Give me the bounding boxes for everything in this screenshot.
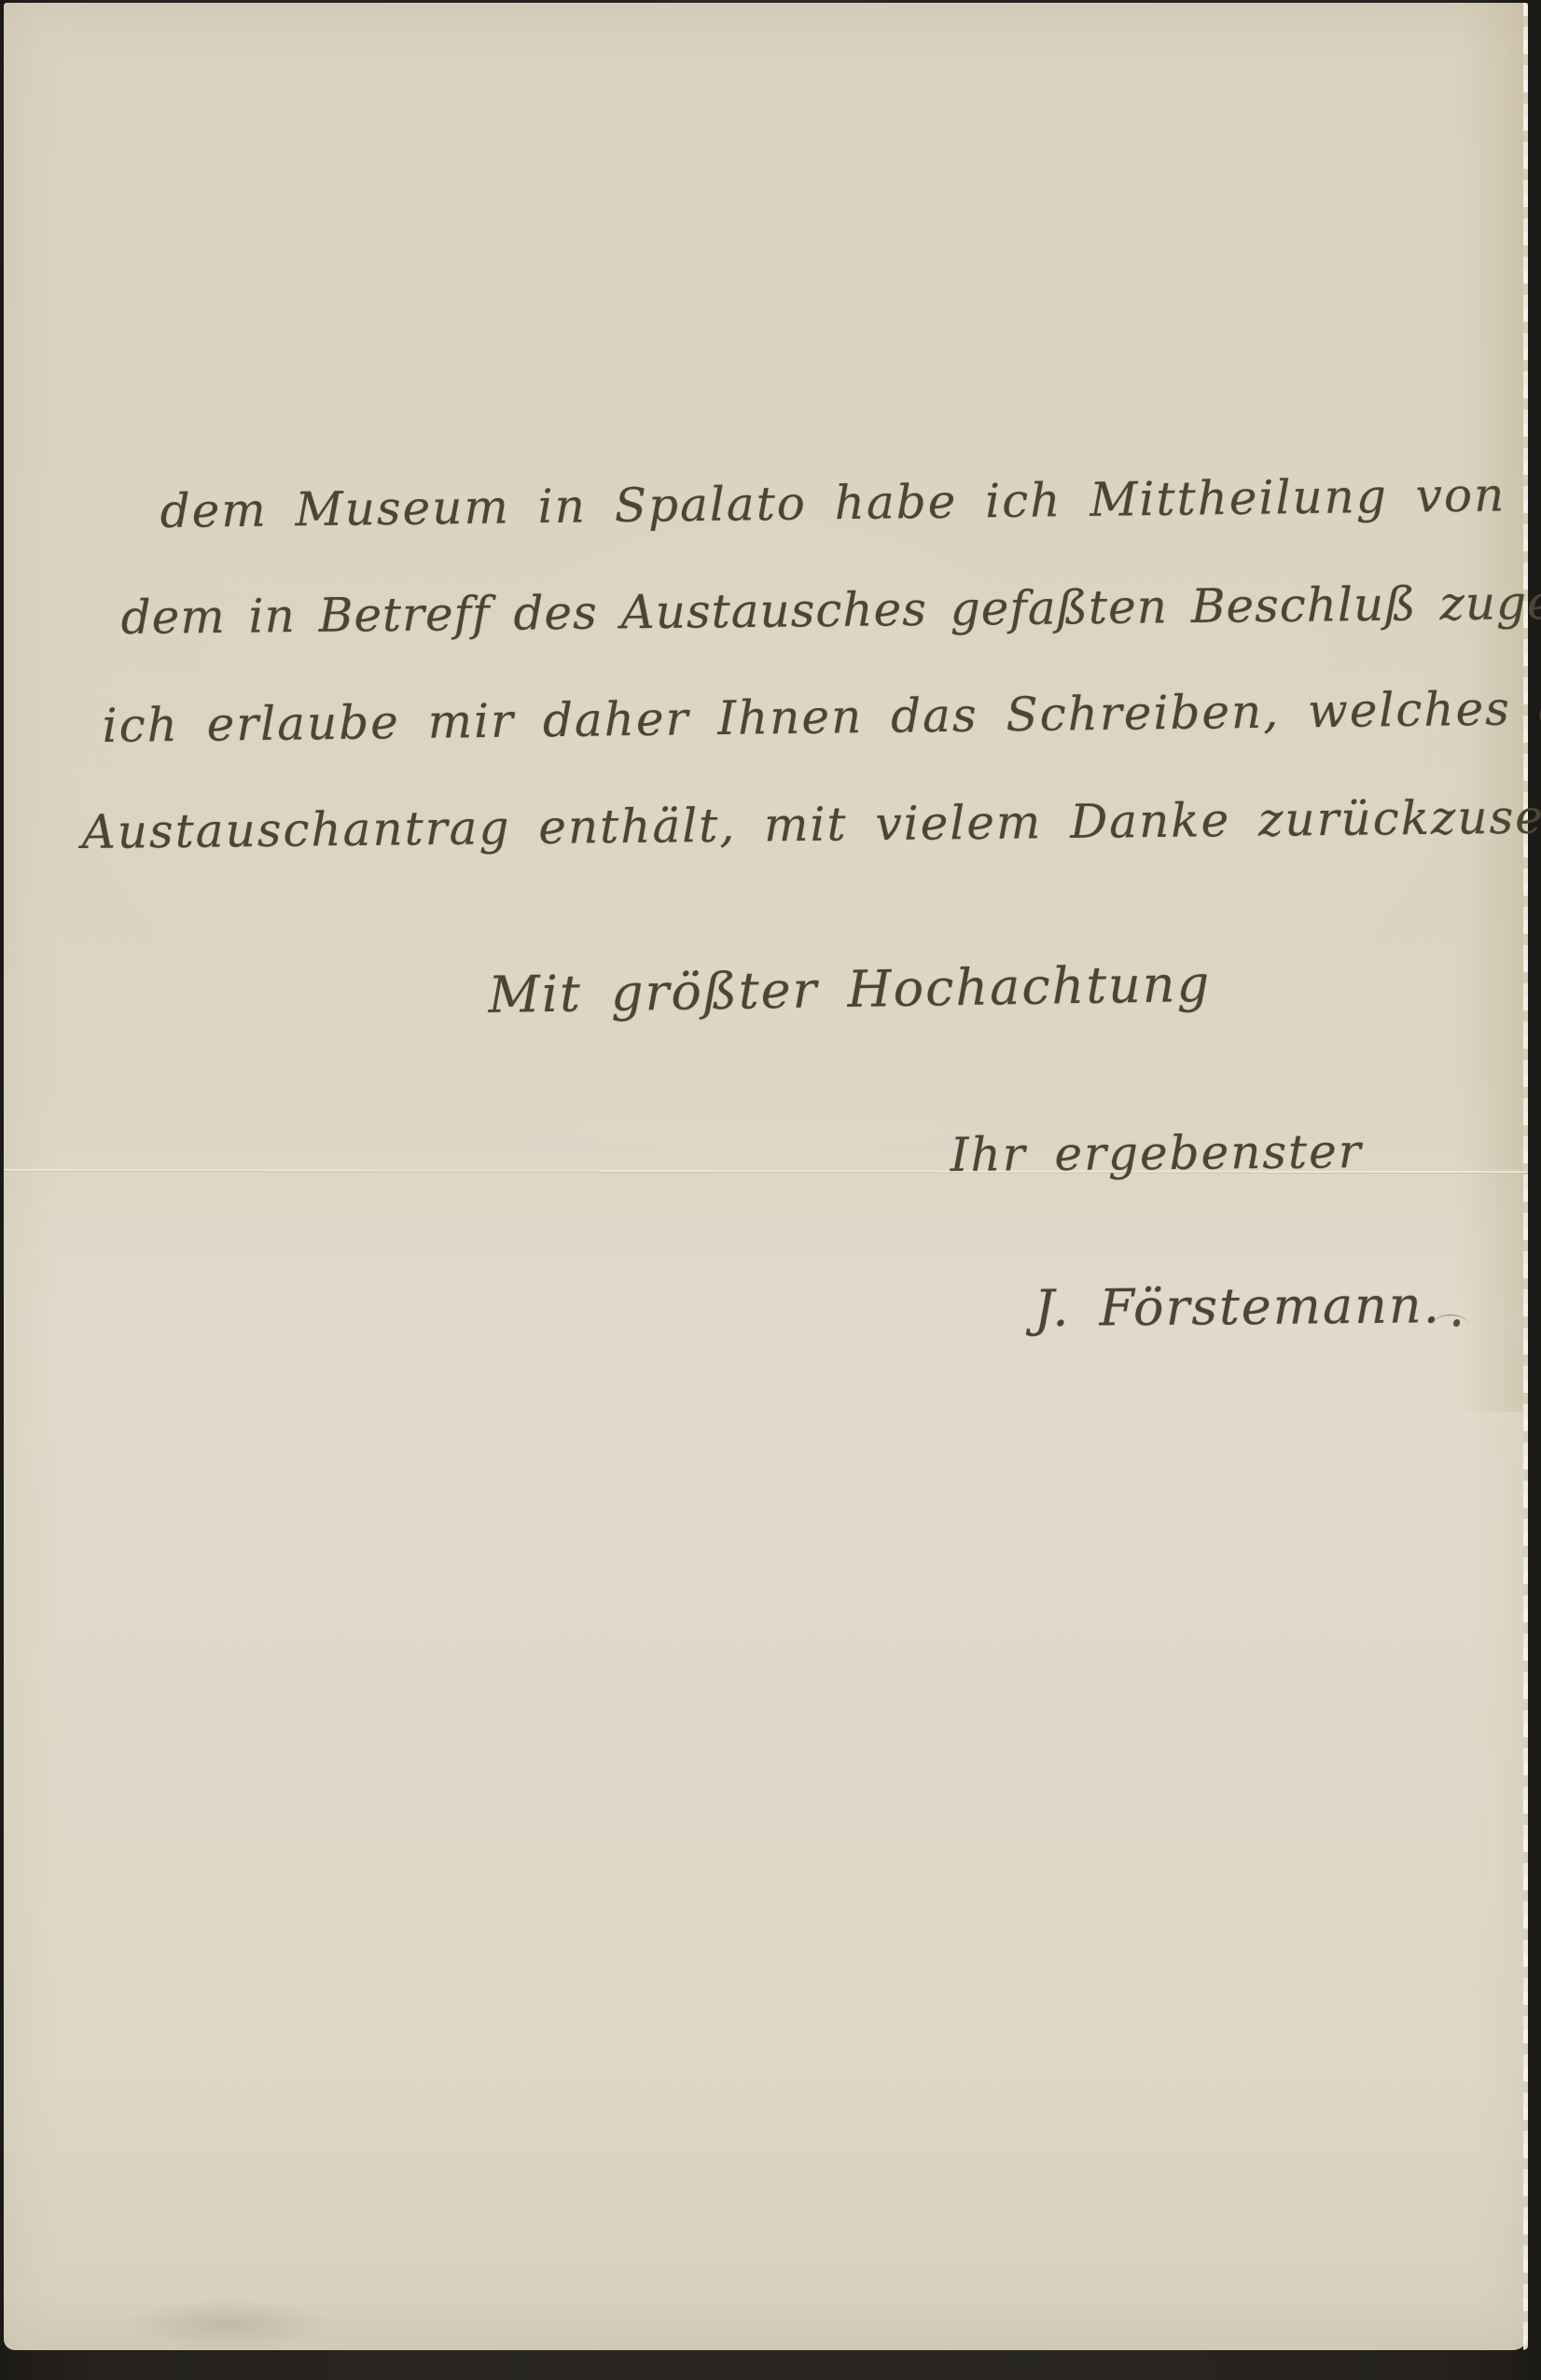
paper-deckle-edge (1523, 3, 1528, 2350)
bottom-shadow-smudge (88, 2279, 368, 2354)
closing-line: Mit größter Hochachtung (488, 954, 1212, 1024)
body-line-1: dem Museum in Spalato habe ich Mittheilu… (160, 467, 1506, 538)
valediction-line: Ihr ergebenster (950, 1124, 1362, 1182)
signature-line: J. Förstemann. (1034, 1275, 1441, 1338)
body-line-4: Austauschantrag enthält, mit vielem Dank… (81, 788, 1541, 859)
body-line-2: dem in Betreff des Austausches gefaßten … (120, 573, 1541, 645)
letter-scan-background: dem Museum in Spalato habe ich Mittheilu… (0, 0, 1541, 2380)
letter-paper: dem Museum in Spalato habe ich Mittheilu… (4, 3, 1528, 2350)
body-line-3: ich erlaube mir daher Ihnen das Schreibe… (102, 680, 1541, 753)
